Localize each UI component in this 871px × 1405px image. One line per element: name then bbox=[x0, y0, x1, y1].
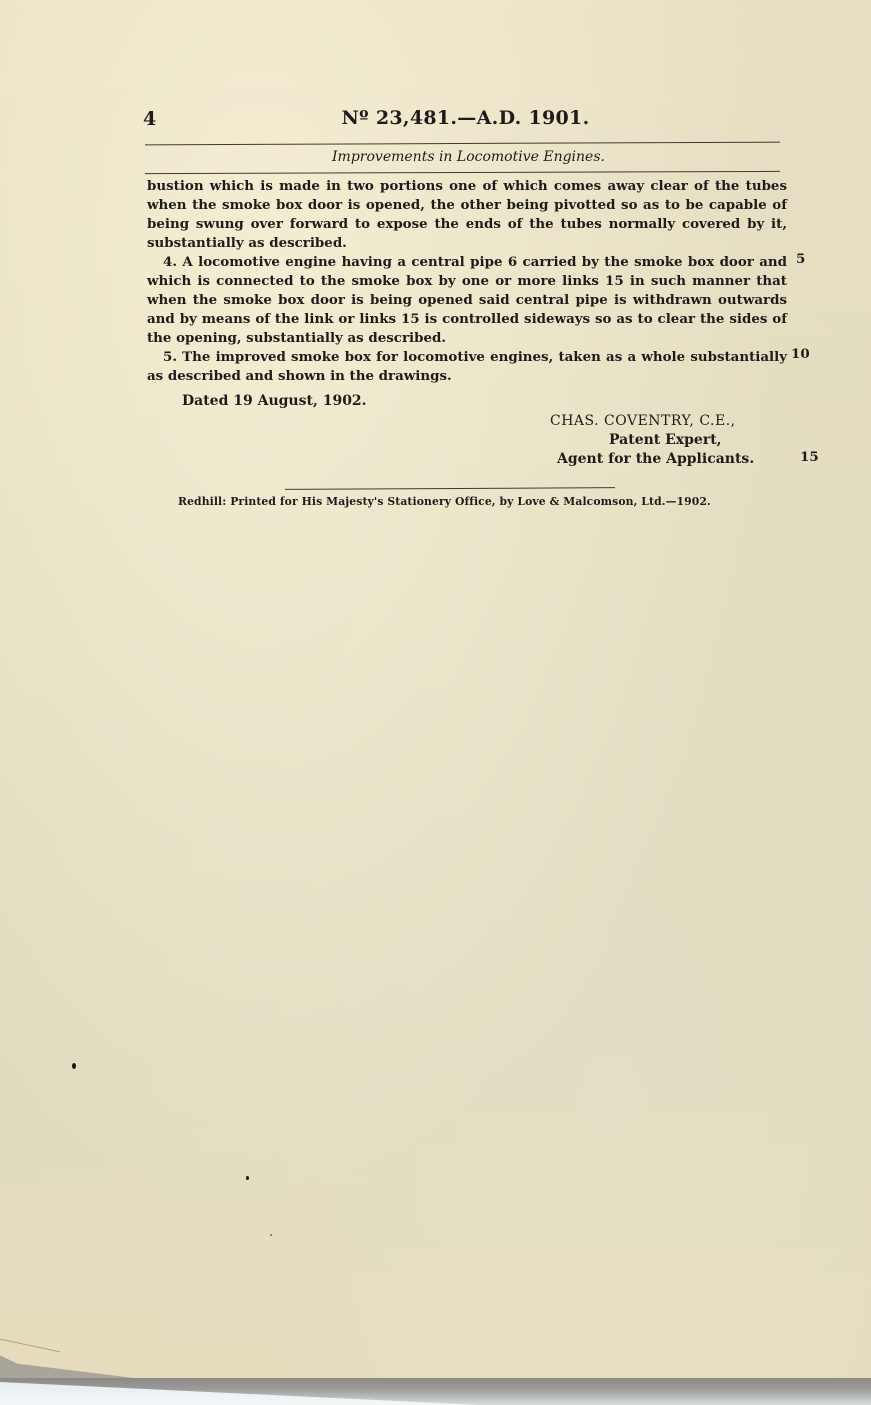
line-number-10: 10 bbox=[791, 346, 810, 362]
signatory-agent: Agent for the Applicants. bbox=[550, 450, 780, 469]
line-number-15: 15 bbox=[800, 449, 819, 465]
signatory-name: CHAS. COVENTRY, C.E., bbox=[550, 412, 780, 431]
patent-title: Nº 23,481.—A.D. 1901. bbox=[0, 107, 871, 129]
claim-4: 4. A locomotive engine having a central … bbox=[147, 253, 787, 348]
document-subtitle: Improvements in Locomotive Engines. bbox=[0, 149, 871, 165]
claim-5: 5. The improved smoke box for locomotive… bbox=[147, 348, 787, 386]
ink-speck bbox=[270, 1234, 272, 1236]
ink-speck bbox=[72, 1063, 76, 1069]
claim-continuation: bustion which is made in two portions on… bbox=[147, 177, 787, 253]
dated-line: Dated 19 August, 1902. bbox=[182, 393, 367, 409]
signatory-role: Patent Expert, bbox=[550, 431, 780, 450]
line-number-5: 5 bbox=[796, 251, 805, 267]
printer-imprint: Redhill: Printed for His Majesty's Stati… bbox=[178, 495, 711, 508]
signature-block: CHAS. COVENTRY, C.E., Patent Expert, Age… bbox=[550, 412, 780, 469]
ink-speck bbox=[246, 1176, 249, 1180]
claims-body: bustion which is made in two portions on… bbox=[147, 177, 787, 386]
